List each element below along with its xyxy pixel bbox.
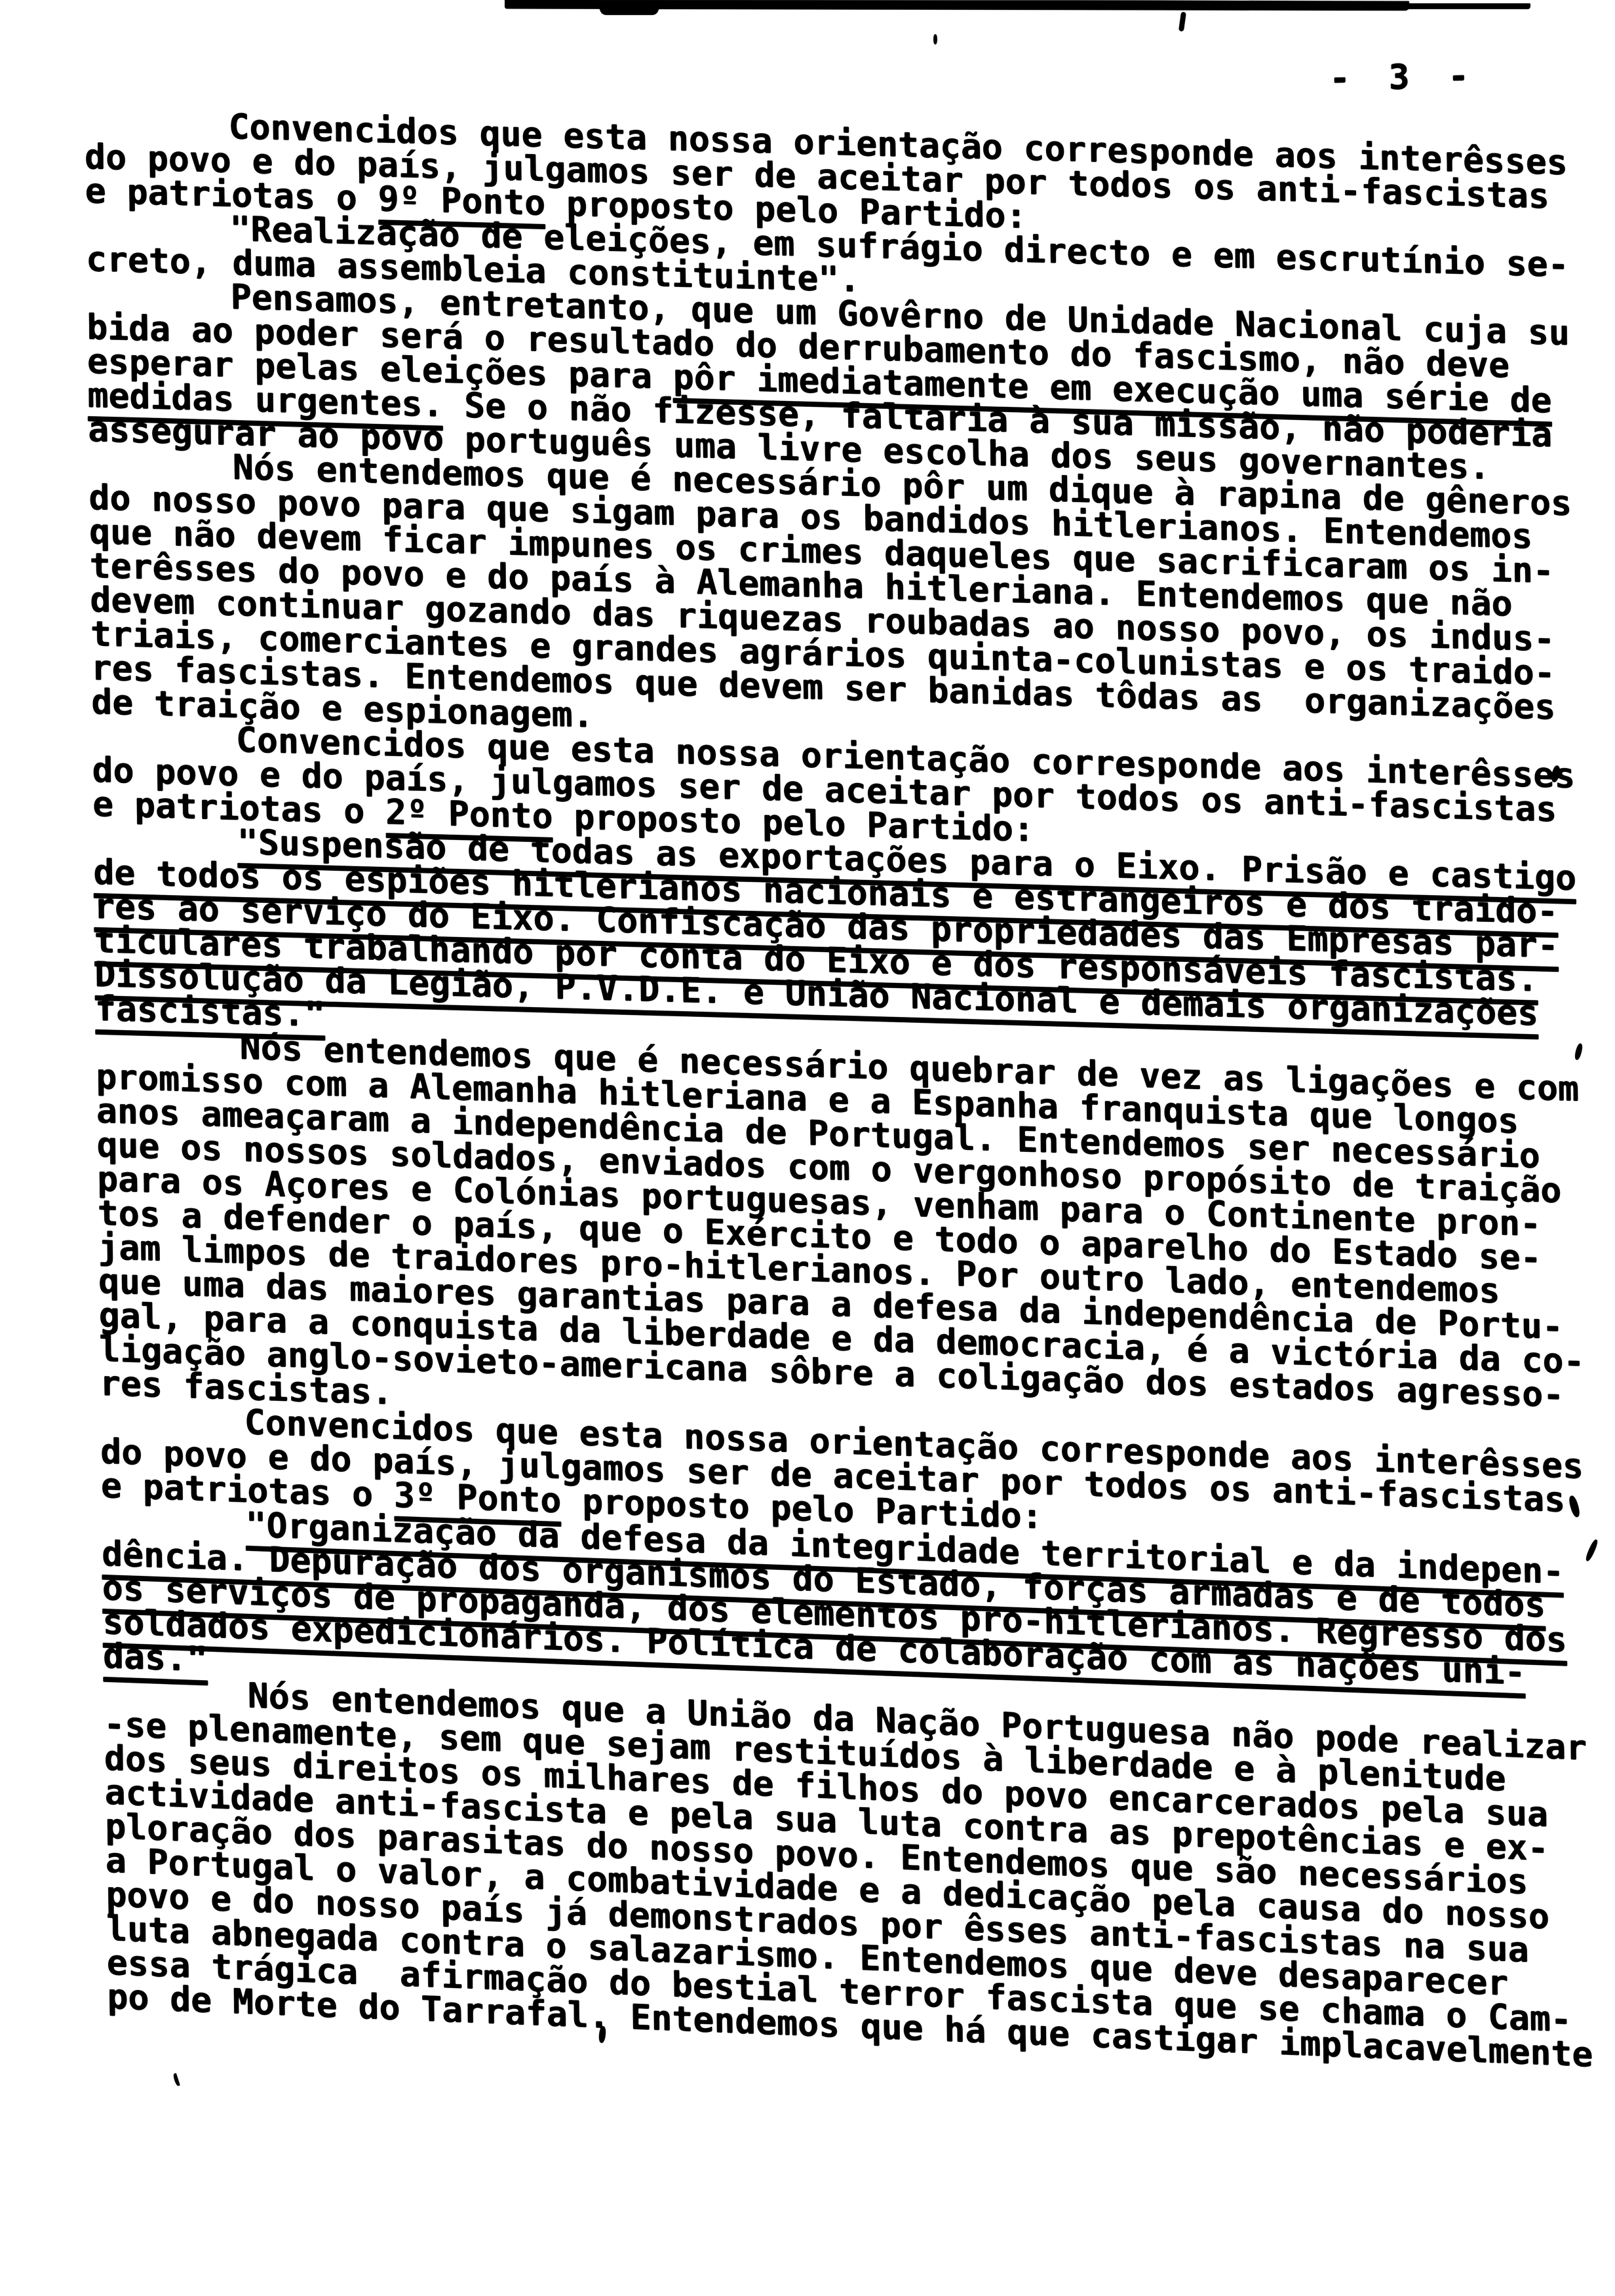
paragraph: Nós entendemos que a União da Nação Port… bbox=[103, 1674, 1615, 2074]
scan-artifact-mark bbox=[1178, 12, 1186, 32]
ink-speck bbox=[933, 34, 937, 45]
document-text: Convencidos que esta nossa orientação co… bbox=[84, 106, 1615, 2056]
document-page: - 3 - Convencidos que esta nossa orienta… bbox=[0, 0, 1615, 2296]
scan-artifact-top-band bbox=[937, 3, 1530, 9]
page-number: - 3 - bbox=[1329, 56, 1478, 98]
paragraph: Nós entendemos que é necessário quebrar … bbox=[95, 1026, 1615, 1449]
scan-artifact-top-band bbox=[600, 8, 659, 15]
ink-speck bbox=[1220, 2037, 1224, 2046]
paragraph: Nós entendemos que é necessário pôr um d… bbox=[88, 447, 1612, 761]
ink-speck bbox=[172, 2073, 180, 2087]
